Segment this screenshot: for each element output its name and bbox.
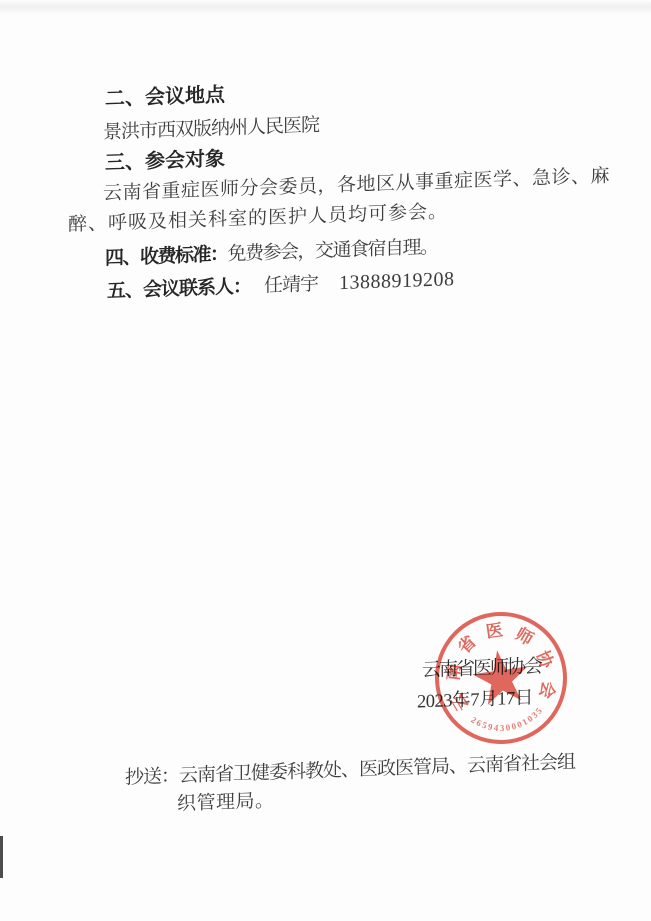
document-text-layer: 二、会议地点 景洪市西双版纳州人民医院 三、参会对象 云南省重症医师分会委员，各… — [0, 0, 651, 921]
cc-line-2: 织管理局。 — [177, 790, 275, 815]
cc-line-1: 抄送：云南省卫健委科教处、医政医管局、云南省社会组 — [125, 752, 575, 790]
participants-text-line-2: 醉、呼吸及相关科室的医护人员均可参会。 — [68, 201, 448, 236]
contact-label: 五、会议联系人： — [107, 276, 251, 302]
venue-text: 景洪市西双版纳州人民医院 — [103, 115, 319, 144]
fee-text: 免费参会，交通食宿自理。 — [228, 237, 438, 265]
contact-line: 五、会议联系人：任靖宇13888919208 — [107, 268, 455, 303]
contact-name: 任靖宇 — [264, 274, 318, 297]
section-heading-venue: 二、会议地点 — [105, 84, 225, 111]
cc-text-line-1: 云南省卫健委科教处、医政医管局、云南省社会组 — [179, 752, 575, 787]
scanned-document-page: 二、会议地点 景洪市西双版纳州人民医院 三、参会对象 云南省重症医师分会委员，各… — [0, 0, 651, 921]
fee-line: 四、收费标准：免费参会，交通食宿自理。 — [105, 237, 438, 270]
section-heading-participants: 三、参会对象 — [105, 148, 225, 175]
seal-star-icon — [468, 646, 534, 712]
cc-label: 抄送： — [125, 766, 179, 789]
contact-phone: 13888919208 — [339, 268, 455, 294]
fee-label: 四、收费标准： — [105, 244, 228, 269]
